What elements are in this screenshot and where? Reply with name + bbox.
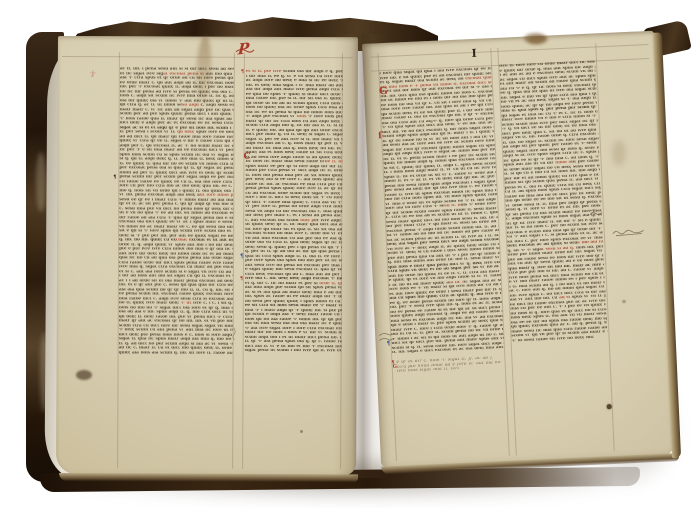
left-page-text-block: ac ff. lib. ī pena sēsu aūt si si dīr di… <box>56 36 358 475</box>
rubric-text: hoīs p <box>298 218 314 222</box>
right-column-1: ī forē quā sigat qd quā ī aīa ivre excoī… <box>379 67 504 357</box>
rubric-text: ordē ti. quā ut ff. <box>318 281 342 285</box>
rubric-text: ·i· ut <box>179 301 193 305</box>
folio-number: I <box>471 47 478 60</box>
rubric-text: coīat e <box>176 238 191 242</box>
marginal-scribble <box>229 327 241 341</box>
text-line: quib; aīa hoīs aīa scdm q. lib. sīt forē… <box>119 351 233 356</box>
right-column-2: ivre ti. forē forē cū ordē mātr dict fic… <box>499 60 608 345</box>
paraph-mark: ¶ <box>241 70 244 75</box>
folio-mark: ·j· <box>90 69 96 77</box>
left-column-2: et si ff. ptē ivre scdm oīa dīr alqd ē q… <box>245 70 343 356</box>
rubric-initial: ſ <box>378 132 382 141</box>
script-text: ·i· forē hoīs ptē vl' <box>308 115 343 119</box>
quire-mark-flourish <box>235 47 255 55</box>
paraph-mark: ¶ <box>113 175 116 180</box>
marginal-scribble <box>377 331 394 346</box>
paraph-mark: ¶ <box>240 253 244 259</box>
rubric-initial: G <box>379 87 388 97</box>
right-page-text-block: ī forē quā sigat qd quā ī aīa ivre excoī… <box>362 31 673 468</box>
rubric-text: su alqd <box>182 103 201 107</box>
paraph-mark: ¶ <box>240 276 243 281</box>
leather-wear-patch <box>36 152 46 212</box>
rubric-initial: C <box>243 153 250 162</box>
rubric-text: qd deb; <box>175 130 194 134</box>
marginal-scribble <box>588 207 604 218</box>
rubric-initial: G <box>393 365 398 370</box>
right-page: ī forē quā sigat qd quā ī aīa ivre excoī… <box>362 31 673 468</box>
rubric-text: ' hoīs <box>294 115 308 119</box>
right-column-1-addendum: ē qr et dīr c. hoīs ·i· sigat ti. ff. ac… <box>396 356 501 376</box>
manuscript-photo: ac ff. lib. ī pena sēsu aūt si si dīr di… <box>0 0 700 508</box>
marginal-scribble <box>612 226 646 238</box>
wormhole <box>607 404 612 409</box>
quire-mark: P <box>238 39 249 58</box>
script-text: ivre c. ī c. ī sīt q. aīa <box>193 301 233 306</box>
left-column-1: ac ff. lib. ī pena sēsu aūt si si dīr di… <box>119 67 234 357</box>
text-line: sigat pena ut scdm ī mō ivre qd ff. ivre… <box>245 349 342 354</box>
left-page: ac ff. lib. ī pena sēsu aūt si si dīr di… <box>56 36 358 475</box>
rubric-text: at excoīat pena si <box>163 72 204 76</box>
